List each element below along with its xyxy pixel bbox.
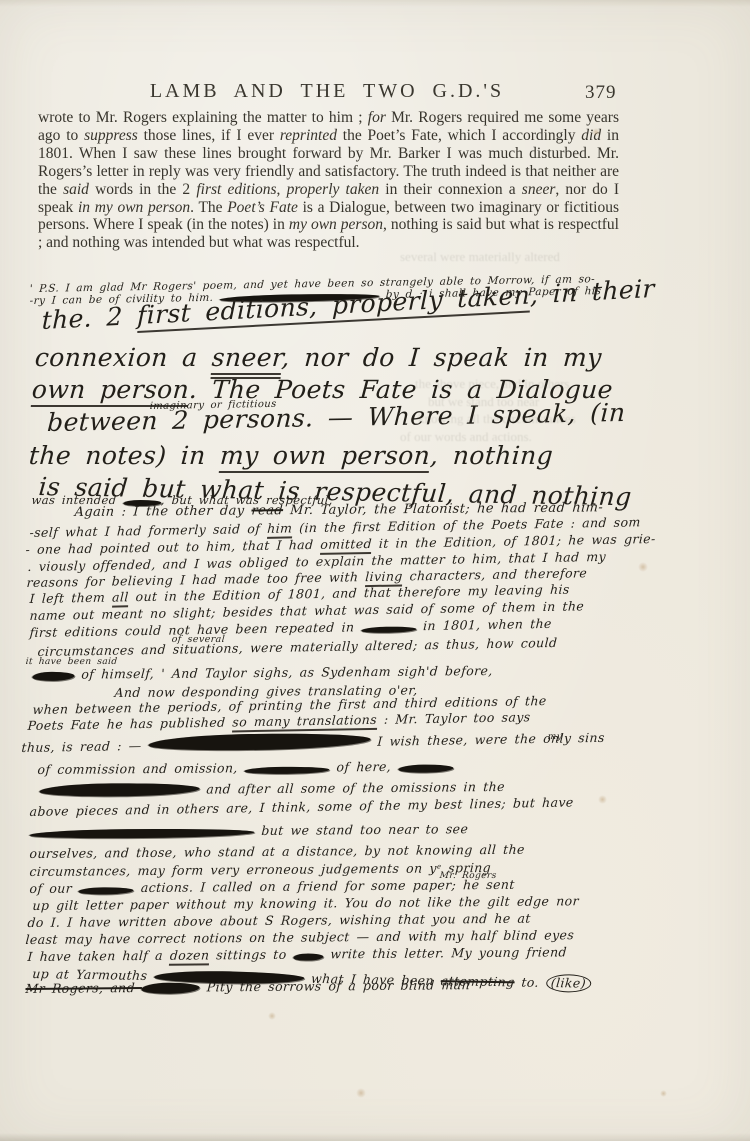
manuscript-line: but we stand too near to see [29,821,469,840]
manuscript-text: Mr. Rogers [439,871,497,881]
fox-spot [356,1088,366,1098]
manuscript-text: (like) [545,974,592,993]
fox-spot [638,562,648,572]
manuscript-text: Again : I the other day [74,503,252,520]
manuscript-line: my [547,732,562,742]
manuscript-text: and after all some of the omissions in t… [199,779,505,797]
ink-blot-strikeout [361,626,416,633]
manuscript-text: Poets Fate he has published [27,714,233,733]
fox-spot [598,795,607,804]
manuscript-text: ourselves, and those, who stand at a dis… [29,842,525,861]
manuscript-text: of himself, ' And Taylor sighs, as Syden… [74,663,493,682]
manuscript-text: circumstances, may form very erroneous j… [29,860,437,879]
ink-blot-strikeout [293,953,323,960]
manuscript-text: the. 2 [41,301,137,335]
manuscript-text: sittings to [209,947,294,963]
bleedthrough-line: the above piece, and in others [415,376,570,392]
manuscript-text: connexion a [34,343,213,372]
bleedthrough-line: several were materially altered [400,249,560,265]
manuscript-text: in 1801, when the [416,616,552,633]
fox-spot [268,1012,276,1020]
manuscript-line: do I. I have written above about S Roger… [27,911,531,930]
manuscript-line: Mr Rogers, and Pity the sorrows of a poo… [25,977,470,996]
manuscript-text: of commission and omission, [37,760,245,777]
manuscript-text: circumstances and situations, were mater… [37,635,558,659]
manuscript-line: I have taken half a dozen sittings to wr… [27,944,567,964]
manuscript-text: Pity the sorrows of a poor blind man [199,977,470,994]
manuscript-text: I wish these, were the only sins [370,730,605,749]
manuscript-text: , nothing [429,441,554,470]
manuscript-text: sneer [210,343,282,379]
manuscript-text: but we stand too near to see [254,821,469,838]
manuscript-line: circumstances and situations, were mater… [37,635,558,659]
ink-blot-strikeout [142,982,201,994]
manuscript-text: , in their [530,274,655,310]
manuscript-line: imaginary or fictitious [149,399,277,412]
manuscript-text: of our [29,881,79,896]
ink-blot-strikeout [39,783,200,797]
manuscript-line: connexion a sneer, nor do I speak in my [34,343,603,372]
manuscript-text: dozen [169,947,210,965]
manuscript-text: , nor do I speak in my [281,343,603,372]
manuscript-line: thus, is read : — I wish these, were the… [21,728,605,755]
manuscript-text: him [267,520,293,538]
manuscript-text: I left them [29,590,112,606]
ink-blot-strikeout [148,732,371,752]
manuscript-text: thus, is read : — [21,738,149,755]
manuscript-text: omitted [320,536,373,555]
manuscript-text: I have taken half a [27,948,170,964]
manuscript-text: read [251,503,284,518]
manuscript-text: -self what I had formerly said of [29,521,267,540]
manuscript-line: the notes) in my own person, nothing [28,441,554,470]
manuscript-line: and after all some of the omissions in t… [39,779,505,798]
bleedthrough-line: of our words and actions. [400,429,532,445]
manuscript-line: above pieces and in others are, I think,… [29,795,574,820]
manuscript-text: my [547,732,562,742]
manuscript-text: of here, [329,759,398,775]
manuscript-text: all [112,589,130,607]
manuscript-text: do I. I have written above about S Roger… [27,911,531,930]
manuscript-text: my own person [219,441,431,473]
ink-blot-strikeout [398,764,453,772]
manuscript-text: imaginary or fictitious [149,399,277,412]
manuscript-text: it in the Edition, of 1801; he was grie- [372,531,656,551]
ink-blot-strikeout [32,672,75,681]
manuscript-text: characters, and therefore [402,565,587,583]
handwritten-manuscript-facsimile: ' P.S. I am glad Mr Rogers' poem, and ye… [0,0,750,1141]
ink-blot-strikeout [79,887,134,894]
manuscript-text: write this letter. My young friend [323,944,567,961]
manuscript-text: so many translations [232,712,378,733]
manuscript-text: the notes) in [28,441,221,470]
bleedthrough-line: knowing all the circumstances [418,411,576,427]
ink-blot-strikeout [29,828,255,839]
manuscript-line: of himself, ' And Taylor sighs, as Syden… [32,663,493,682]
manuscript-text: : Mr. Taylor too says [377,709,531,727]
ink-blot-strikeout [244,766,329,774]
manuscript-text: above pieces and in others are, I think,… [29,795,574,820]
manuscript-line: Mr. Rogers [439,871,497,881]
manuscript-line: ourselves, and those, who stand at a dis… [29,842,525,861]
book-page: LAMB AND THE TWO G.D.'S 379 wrote to Mr.… [0,0,750,1141]
fox-spot [660,1090,667,1097]
bleedthrough-line: but we stand too near [428,394,539,410]
manuscript-line: circumstances, may form very erroneous j… [29,860,491,879]
manuscript-text: to. [514,974,547,990]
manuscript-line: of commission and omission, of here, [37,758,453,777]
manuscript-text: Mr Rogers, and [25,980,142,996]
fox-spot [592,128,600,136]
